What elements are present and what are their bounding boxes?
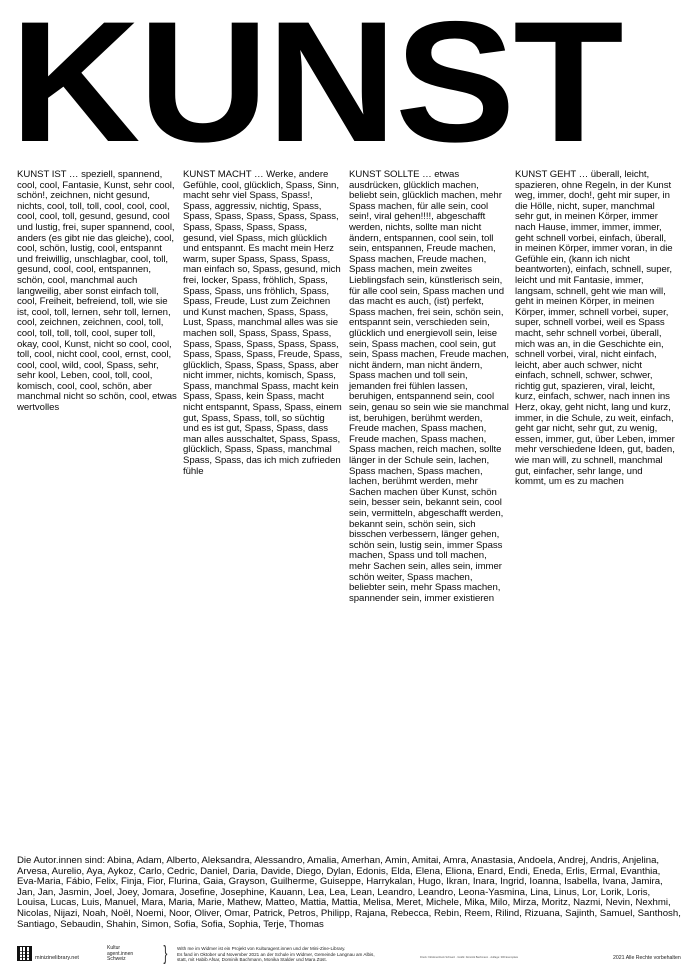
kulturagent-logo: Kultur agent.innen Schweiz (107, 946, 147, 963)
qr-code-icon[interactable] (17, 946, 32, 961)
copyright-notice: 2021 Alle Rechte vorbehalten (613, 955, 681, 961)
column-kunst-sollte: KUNST SOLLTE … etwas ausdrücken, glückli… (349, 170, 515, 604)
column-kunst-ist: KUNST IST … speziell, spannend, cool, co… (17, 170, 183, 604)
authors-list: Die Autor.innen sind: Abina, Adam, Alber… (17, 856, 681, 930)
brace-icon: } (163, 944, 167, 964)
poster-title: KUNST (10, 0, 692, 168)
column-kunst-geht: KUNST GEHT … überall, leicht, spazieren,… (515, 170, 681, 604)
project-description: With me im Widmer ist ein Projekt von Ku… (177, 946, 377, 963)
column-kunst-macht: KUNST MACHT … Werke, andere Gefühle, coo… (183, 170, 349, 604)
print-credits: Druck: Klöcknerdruck Schweiz · Grafik: D… (420, 956, 518, 959)
text-columns: KUNST IST … speziell, spannend, cool, co… (17, 170, 681, 604)
website-link[interactable]: minizinelibrary.net (35, 955, 79, 961)
footer: minizinelibrary.net Kultur agent.innen S… (17, 946, 681, 968)
project-line-3: statt, mit Habib Afsar, Dominik Bachmann… (177, 957, 377, 963)
org-line-3: Schweiz (107, 957, 147, 963)
